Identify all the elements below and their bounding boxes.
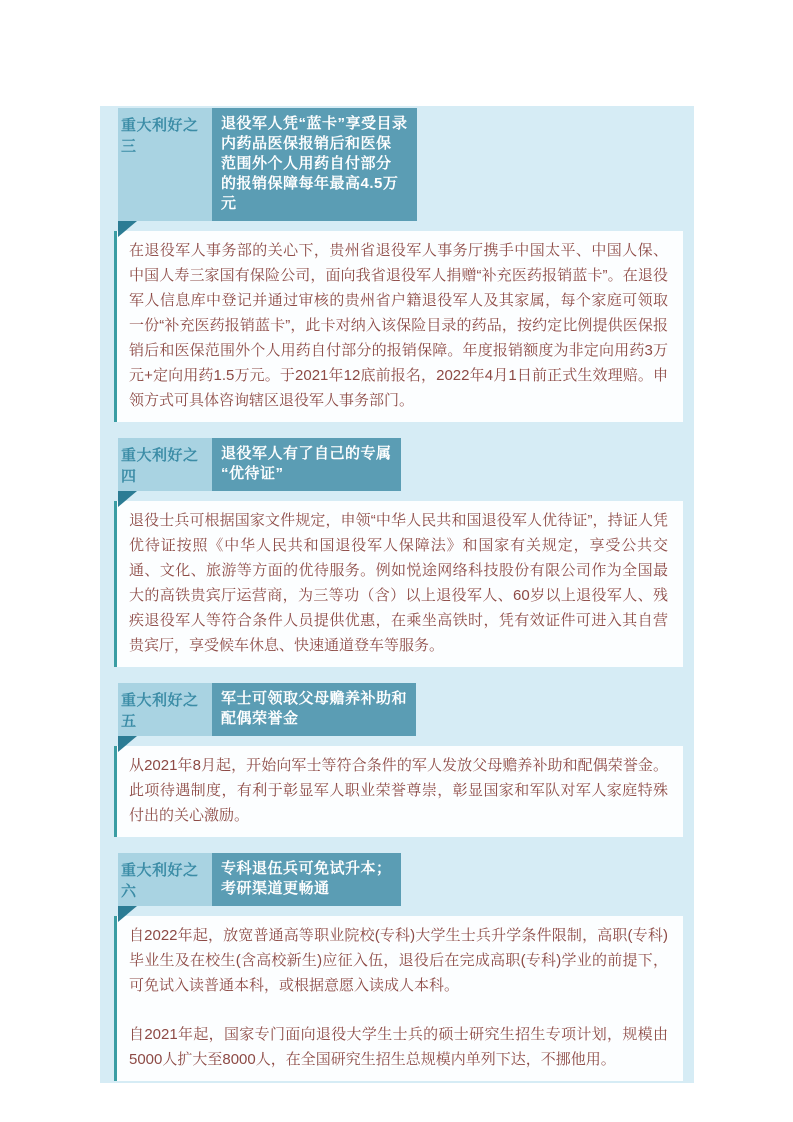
- label-fold-decoration: [118, 736, 137, 752]
- benefit-6-label: 重大利好之六: [118, 853, 212, 906]
- benefit-6-paragraph-2: 自2021年起，国家专门面向退役大学生士兵的硕士研究生招生专项计划，规模由500…: [129, 1022, 668, 1072]
- benefit-6-title: 专科退伍兵可免试升本； 考研渠道更畅通: [212, 853, 401, 906]
- benefit-section-3: 重大利好之三 退役军人凭“蓝卡”享受目录 内药品医保报销后和医保 范围外个人用药…: [100, 108, 694, 422]
- benefit-6-content-box: 自2022年起，放宽普通高等职业院校(专科)大学生士兵升学条件限制，高职(专科)…: [114, 916, 683, 1081]
- benefit-section-6: 重大利好之六 专科退伍兵可免试升本； 考研渠道更畅通 自2022年起，放宽普通高…: [100, 853, 694, 1081]
- benefit-6-paragraph-1: 自2022年起，放宽普通高等职业院校(专科)大学生士兵升学条件限制，高职(专科)…: [129, 923, 668, 998]
- benefit-4-label: 重大利好之四: [118, 438, 212, 491]
- label-fold-decoration: [118, 491, 137, 507]
- benefit-4-content-box: 退役士兵可根据国家文件规定，申领“中华人民共和国退役军人优待证”，持证人凭优待证…: [114, 501, 683, 667]
- benefits-panel: 重大利好之三 退役军人凭“蓝卡”享受目录 内药品医保报销后和医保 范围外个人用药…: [100, 106, 694, 1083]
- benefit-3-header: 重大利好之三 退役军人凭“蓝卡”享受目录 内药品医保报销后和医保 范围外个人用药…: [118, 108, 676, 221]
- benefit-6-header: 重大利好之六 专科退伍兵可免试升本； 考研渠道更畅通: [118, 853, 676, 906]
- label-fold-decoration: [118, 906, 137, 922]
- benefit-3-content-box: 在退役军人事务部的关心下，贵州省退役军人事务厅携手中国太平、中国人保、中国人寿三…: [114, 231, 683, 422]
- benefit-section-5: 重大利好之五 军士可领取父母赡养补助和 配偶荣誉金 从2021年8月起，开始向军…: [100, 683, 694, 837]
- benefit-4-header: 重大利好之四 退役军人有了自己的专属 “优待证”: [118, 438, 676, 491]
- benefit-5-title: 军士可领取父母赡养补助和 配偶荣誉金: [212, 683, 416, 736]
- benefit-5-content-box: 从2021年8月起，开始向军士等符合条件的军人发放父母赡养补助和配偶荣誉金。此项…: [114, 746, 683, 837]
- benefit-5-paragraph: 从2021年8月起，开始向军士等符合条件的军人发放父母赡养补助和配偶荣誉金。此项…: [129, 753, 668, 828]
- benefit-5-header: 重大利好之五 军士可领取父母赡养补助和 配偶荣誉金: [118, 683, 676, 736]
- benefit-4-title: 退役军人有了自己的专属 “优待证”: [212, 438, 401, 491]
- benefit-4-paragraph: 退役士兵可根据国家文件规定，申领“中华人民共和国退役军人优待证”，持证人凭优待证…: [129, 508, 668, 658]
- benefit-3-label: 重大利好之三: [118, 108, 212, 221]
- benefit-section-4: 重大利好之四 退役军人有了自己的专属 “优待证” 退役士兵可根据国家文件规定，申…: [100, 438, 694, 667]
- label-fold-decoration: [118, 221, 137, 237]
- benefit-3-paragraph: 在退役军人事务部的关心下，贵州省退役军人事务厅携手中国太平、中国人保、中国人寿三…: [129, 238, 668, 413]
- benefit-5-label: 重大利好之五: [118, 683, 212, 736]
- benefit-3-title: 退役军人凭“蓝卡”享受目录 内药品医保报销后和医保 范围外个人用药自付部分 的报…: [212, 108, 417, 221]
